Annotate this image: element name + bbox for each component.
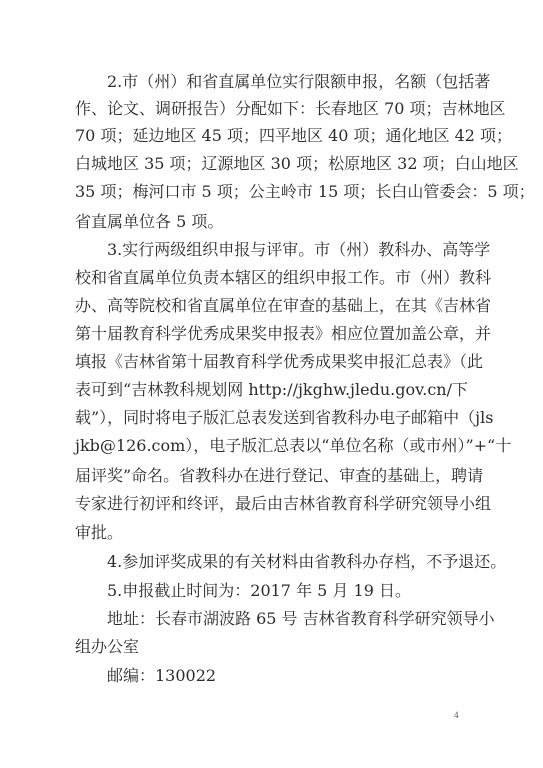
- paragraph-2-line-1: 2.市（州）和省直属单位实行限额申报，名额（包括著: [107, 70, 468, 94]
- paragraph-3-line-7: 载”），同时将电子版汇总表发送到省教科办电子邮箱中（jls: [75, 406, 468, 430]
- paragraph-4: 4.参加评奖成果的有关材料由省教科办存档，不予退还。: [107, 550, 468, 574]
- address-line-2: 组办公室: [75, 635, 468, 659]
- paragraph-3-line-9: 届评奖”命名。省教科办在进行登记、审查的基础上，聘请: [75, 464, 468, 488]
- paragraph-3-line-3: 办、高等院校和省直属单位在审查的基础上，在其《吉林省: [75, 294, 468, 318]
- paragraph-3-line-11: 审批。: [75, 521, 468, 545]
- paragraph-3-line-4: 第十届教育科学优秀成果奖申报表》相应位置加盖公章，并: [75, 322, 468, 346]
- paragraph-3-line-10: 专家进行初评和终评，最后由吉林省教育科学研究领导小组: [75, 492, 468, 516]
- paragraph-3-line-6: 表可到“吉林教科规划网 http://jkghw.jledu.gov.cn/下: [75, 378, 468, 402]
- postal-code: 邮编：130022: [107, 664, 468, 688]
- paragraph-3-line-2: 校和省直属单位负责本辖区的组织申报工作。市（州）教科: [75, 266, 468, 290]
- paragraph-2-line-3: 70 项；延边地区 45 项；四平地区 40 项；通化地区 42 项；: [75, 124, 468, 148]
- paragraph-3-line-8: jkb@126.com），电子版汇总表以“单位名称（或市州）”+“十: [75, 434, 468, 458]
- paragraph-2-line-4: 白城地区 35 项；辽源地区 30 项；松原地区 32 项；白山地区: [75, 152, 468, 176]
- address-line-1: 地址：长春市湖波路 65 号 吉林省教育科学研究领导小: [107, 607, 468, 631]
- paragraph-3-line-5: 填报《吉林省第十届教育科学优秀成果奖申报汇总表》（此: [75, 350, 468, 374]
- page-number: 4: [454, 709, 459, 721]
- document-page: 2.市（州）和省直属单位实行限额申报，名额（包括著 作、论文、调研报告）分配如下…: [0, 0, 543, 768]
- paragraph-5: 5.申报截止时间为：2017 年 5 月 19 日。: [107, 579, 468, 603]
- paragraph-3-line-1: 3.实行两级组织申报与评审。市（州）教科办、高等学: [107, 238, 468, 262]
- paragraph-2-line-6: 省直属单位各 5 项。: [75, 210, 468, 234]
- paragraph-2-line-5: 35 项；梅河口市 5 项；公主岭市 15 项；长白山管委会：5 项；: [75, 180, 468, 204]
- paragraph-2-line-2: 作、论文、调研报告）分配如下：长春地区 70 项；吉林地区: [75, 97, 468, 121]
